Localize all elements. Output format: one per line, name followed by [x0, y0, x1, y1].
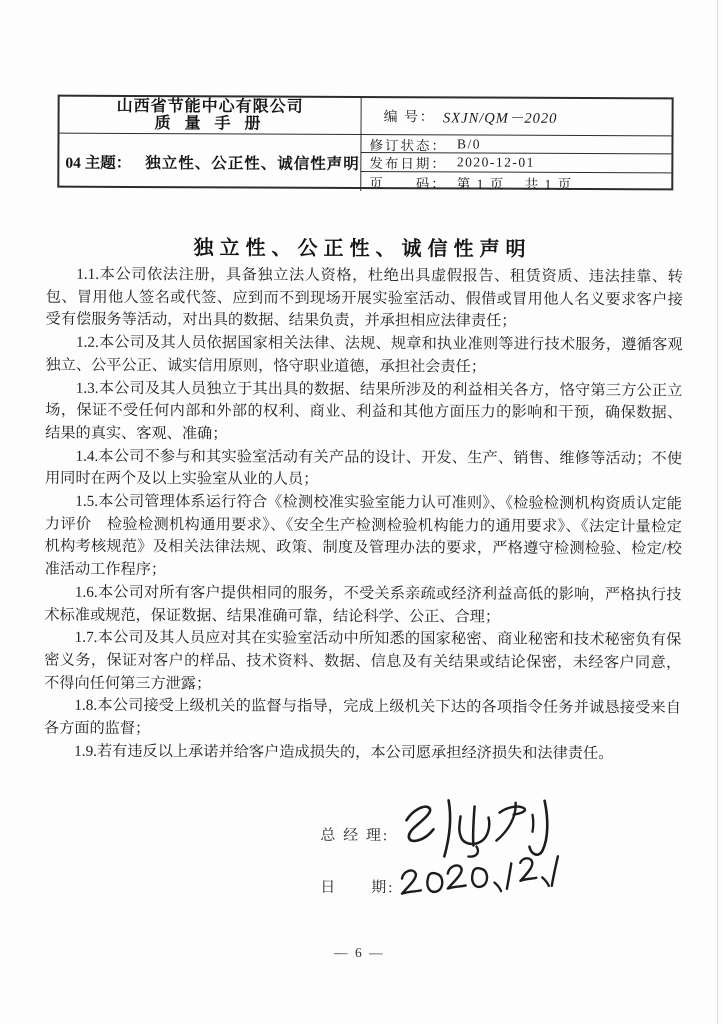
declaration-paragraph: 1.9.若有违反以上承诺并给客户造成损失的，本公司愿承担经济损失和法律责任。: [44, 740, 681, 765]
revision-status-label: 修订状态：: [369, 134, 447, 153]
section-subject-cell: 04 主题： 独立性、公正性、诚信性声明: [59, 133, 360, 191]
date-handwriting: [393, 851, 566, 908]
declaration-paragraph: 1.5.本公司管理体系运行符合《检测校准实验室能力认可准则》、《检验检测机构资质…: [45, 491, 682, 585]
date-label: 日 期:: [320, 876, 394, 897]
release-date-cell: 发布日期： 2020-12-01: [360, 152, 671, 172]
doc-number-cell: 编 号： SXJN/QM－2020: [361, 98, 672, 135]
declaration-paragraph: 1.4.本公司不参与和其实验室活动有关产品的设计、开发、生产、销售、维修等活动；…: [45, 445, 682, 493]
declaration-paragraph: 1.7.本公司及其人员应对其在实验室活动中所知悉的国家秘密、商业秘密和技术秘密负…: [44, 627, 681, 698]
scan-content: 山西省节能中心有限公司 质 量 手 册 04 主题： 独立性、公正性、诚信性声明…: [0, 0, 723, 1024]
company-name: 山西省节能中心有限公司: [117, 98, 304, 116]
manual-title: 质 量 手 册: [155, 115, 266, 132]
page-code-label: 页 码：: [369, 172, 447, 192]
declaration-paragraph: 1.1.本公司依法注册，具备独立法人资格，杜绝出具虚假报告、租赁资质、违法挂靠、…: [46, 264, 683, 335]
scan-edge-artifact: [717, 0, 718, 1024]
declaration-paragraph: 1.6.本公司对所有客户提供相同的服务，不受关系亲疏或经济利益高低的影响，严格执…: [44, 581, 681, 629]
release-date-value: 2020-12-01: [457, 154, 535, 170]
page-number: — 6 —: [0, 943, 721, 962]
section-title: 独立性、公正性、诚信性声明: [145, 151, 360, 174]
page-code-cell: 页 码： 第 1 页 共 1 页: [360, 171, 671, 192]
document-header-table: 山西省节能中心有限公司 质 量 手 册 04 主题： 独立性、公正性、诚信性声明…: [57, 95, 673, 191]
declaration-paragraph: 1.2.本公司及其人员依据国家相关法律、法规、规章和执业准则等进行技术服务，遵循…: [45, 332, 682, 380]
page-code-value: 第 1 页 共 1 页: [457, 172, 573, 192]
declaration-title: 独立性、公正性、诚信性声明: [1, 230, 723, 262]
declaration-body: 1.1.本公司依法注册，具备独立法人资格，杜绝出具虚假报告、租赁资质、违法挂靠、…: [44, 264, 683, 766]
scanned-document-page: 山西省节能中心有限公司 质 量 手 册 04 主题： 独立性、公正性、诚信性声明…: [0, 0, 723, 1024]
revision-status-value: B/0: [457, 136, 481, 152]
release-date-label: 发布日期：: [369, 152, 447, 172]
declaration-paragraph: 1.8.本公司接受上级机关的监督与指导，完成上级机关下达的各项指令任务并诚恳接受…: [44, 695, 681, 743]
general-manager-label: 总 经 理:: [320, 824, 389, 845]
revision-status-cell: 修订状态： B/0: [360, 134, 671, 153]
doc-number-label: 编 号：: [384, 106, 436, 126]
declaration-paragraph: 1.3.本公司及其人员独立于其出具的数据、结果所涉及的利益相关各方，恪守第三方公…: [45, 377, 682, 448]
company-header-cell: 山西省节能中心有限公司 质 量 手 册: [60, 97, 361, 134]
section-label: 04 主题：: [65, 151, 131, 173]
doc-number-value: SXJN/QM－2020: [443, 106, 557, 127]
